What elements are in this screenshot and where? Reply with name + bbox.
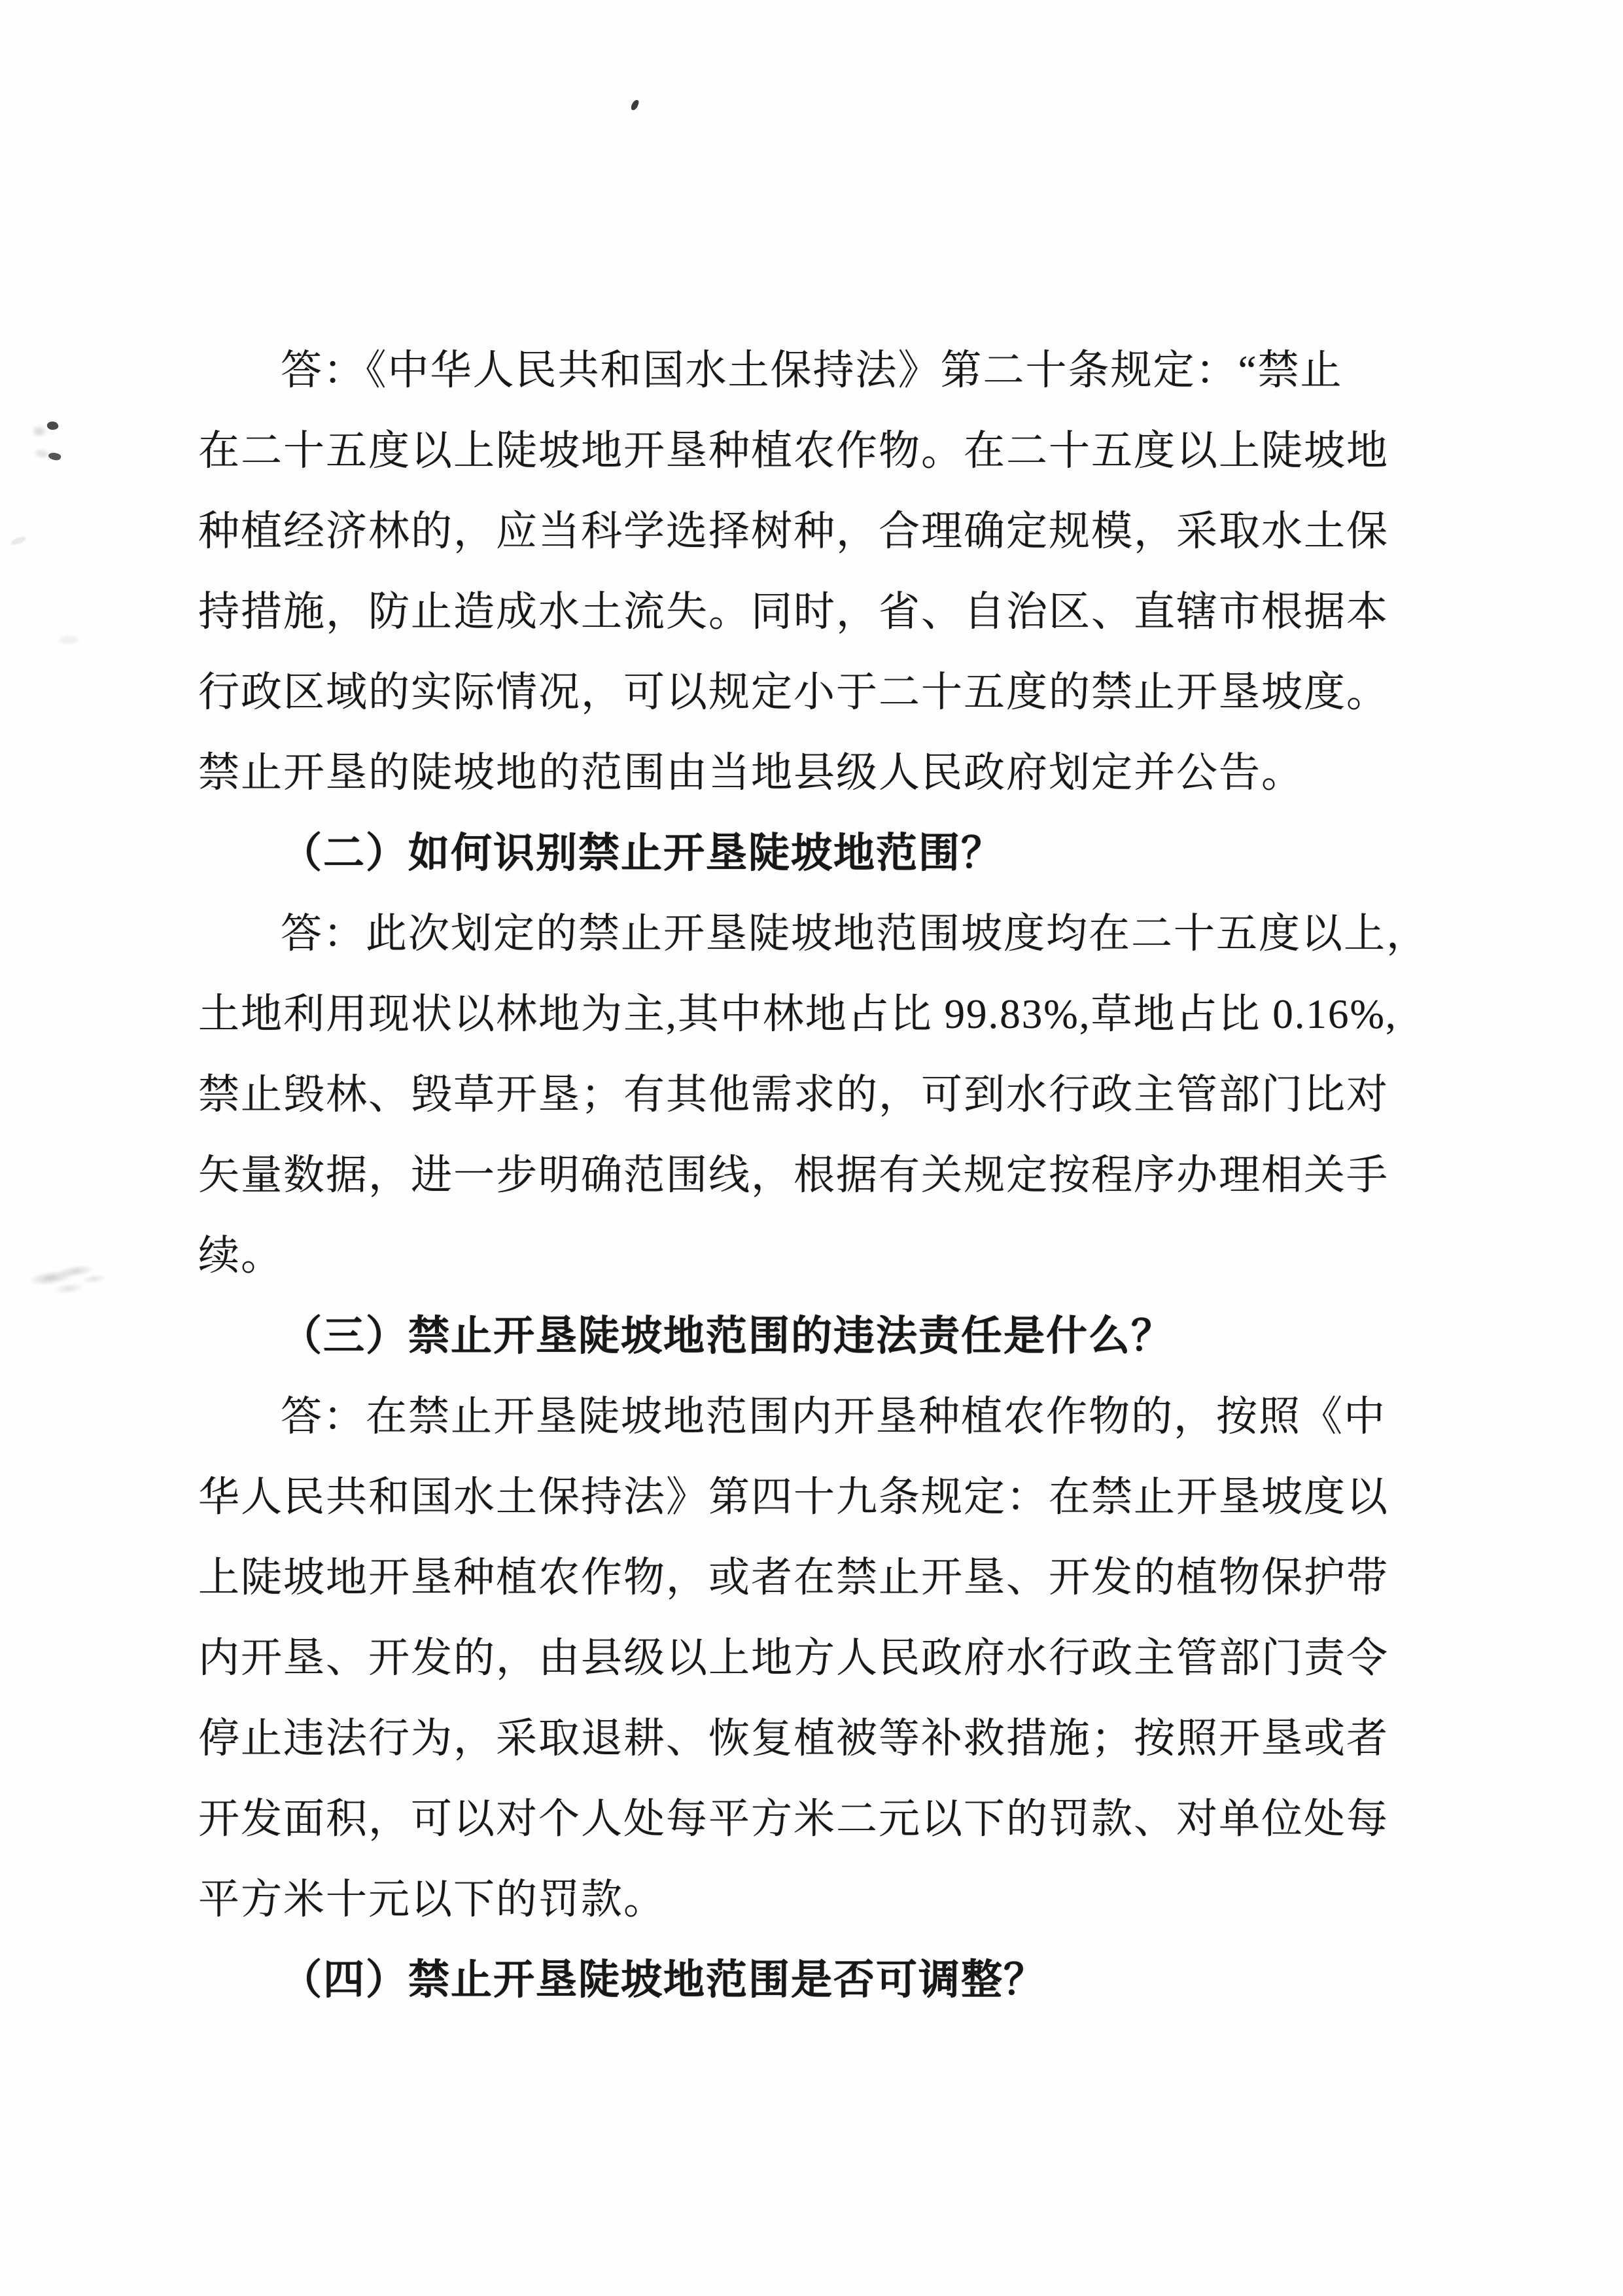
ink-speck-top — [630, 99, 640, 111]
text-line: 土地利用现状以林地为主,其中林地占比 99.83%,草地占比 0.16%, — [198, 974, 1428, 1055]
text-line: 答：在禁止开垦陡坡地范围内开垦种植农作物的，按照《中 — [198, 1377, 1428, 1457]
scanned-document-page: 答：《中华人民共和国水土保持法》第二十条规定：“禁止在二十五度以上陡坡地开垦种植… — [0, 0, 1623, 2296]
text-line: 行政区域的实际情况，可以规定小于二十五度的禁止开垦坡度。 — [198, 652, 1428, 733]
text-line: 种植经济林的，应当科学选择树种，合理确定规模，采取水土保 — [198, 491, 1428, 572]
ink-speck-left-margin-2 — [48, 451, 61, 461]
text-line: 续。 — [198, 1216, 1428, 1296]
text-line: 矢量数据，进一步明确范围线，根据有关规定按程序办理相关手 — [198, 1135, 1428, 1216]
text-line: 平方米十元以下的罚款。 — [198, 1860, 1428, 1940]
text-line: 在二十五度以上陡坡地开垦种植农作物。在二十五度以上陡坡地 — [198, 411, 1428, 491]
text-line: 禁止毁林、毁草开垦；有其他需求的，可到水行政主管部门比对 — [198, 1055, 1428, 1135]
text-line: 停止违法行为，采取退耕、恢复植被等补救措施；按照开垦或者 — [198, 1699, 1428, 1779]
scan-shadow-left-margin-1 — [10, 535, 27, 546]
section-heading: （四）禁止开垦陡坡地范围是否可调整？ — [198, 1940, 1428, 2021]
text-line: 答：此次划定的禁止开垦陡坡地范围坡度均在二十五度以上， — [198, 894, 1428, 974]
scan-shadow-left-margin-2 — [59, 636, 79, 644]
scan-smudge-left-margin — [27, 1255, 108, 1305]
text-line: 答：《中华人民共和国水土保持法》第二十条规定：“禁止 — [198, 330, 1428, 411]
ink-speck-left-margin-1 — [46, 420, 59, 431]
section-heading: （三）禁止开垦陡坡地范围的违法责任是什么？ — [198, 1296, 1428, 1377]
document-text-block: 答：《中华人民共和国水土保持法》第二十条规定：“禁止在二十五度以上陡坡地开垦种植… — [198, 330, 1428, 2021]
section-heading: （二）如何识别禁止开垦陡坡地范围？ — [198, 813, 1428, 894]
text-line: 禁止开垦的陡坡地的范围由当地县级人民政府划定并公告。 — [198, 733, 1428, 813]
text-line: 内开垦、开发的，由县级以上地方人民政府水行政主管部门责令 — [198, 1618, 1428, 1699]
text-line: 上陡坡地开垦种植农作物，或者在禁止开垦、开发的植物保护带 — [198, 1538, 1428, 1618]
text-line: 华人民共和国水土保持法》第四十九条规定：在禁止开垦坡度以 — [198, 1457, 1428, 1538]
text-line: 开发面积，可以对个人处每平方米二元以下的罚款、对单位处每 — [198, 1779, 1428, 1860]
text-line: 持措施，防止造成水土流失。同时，省、自治区、直辖市根据本 — [198, 572, 1428, 652]
